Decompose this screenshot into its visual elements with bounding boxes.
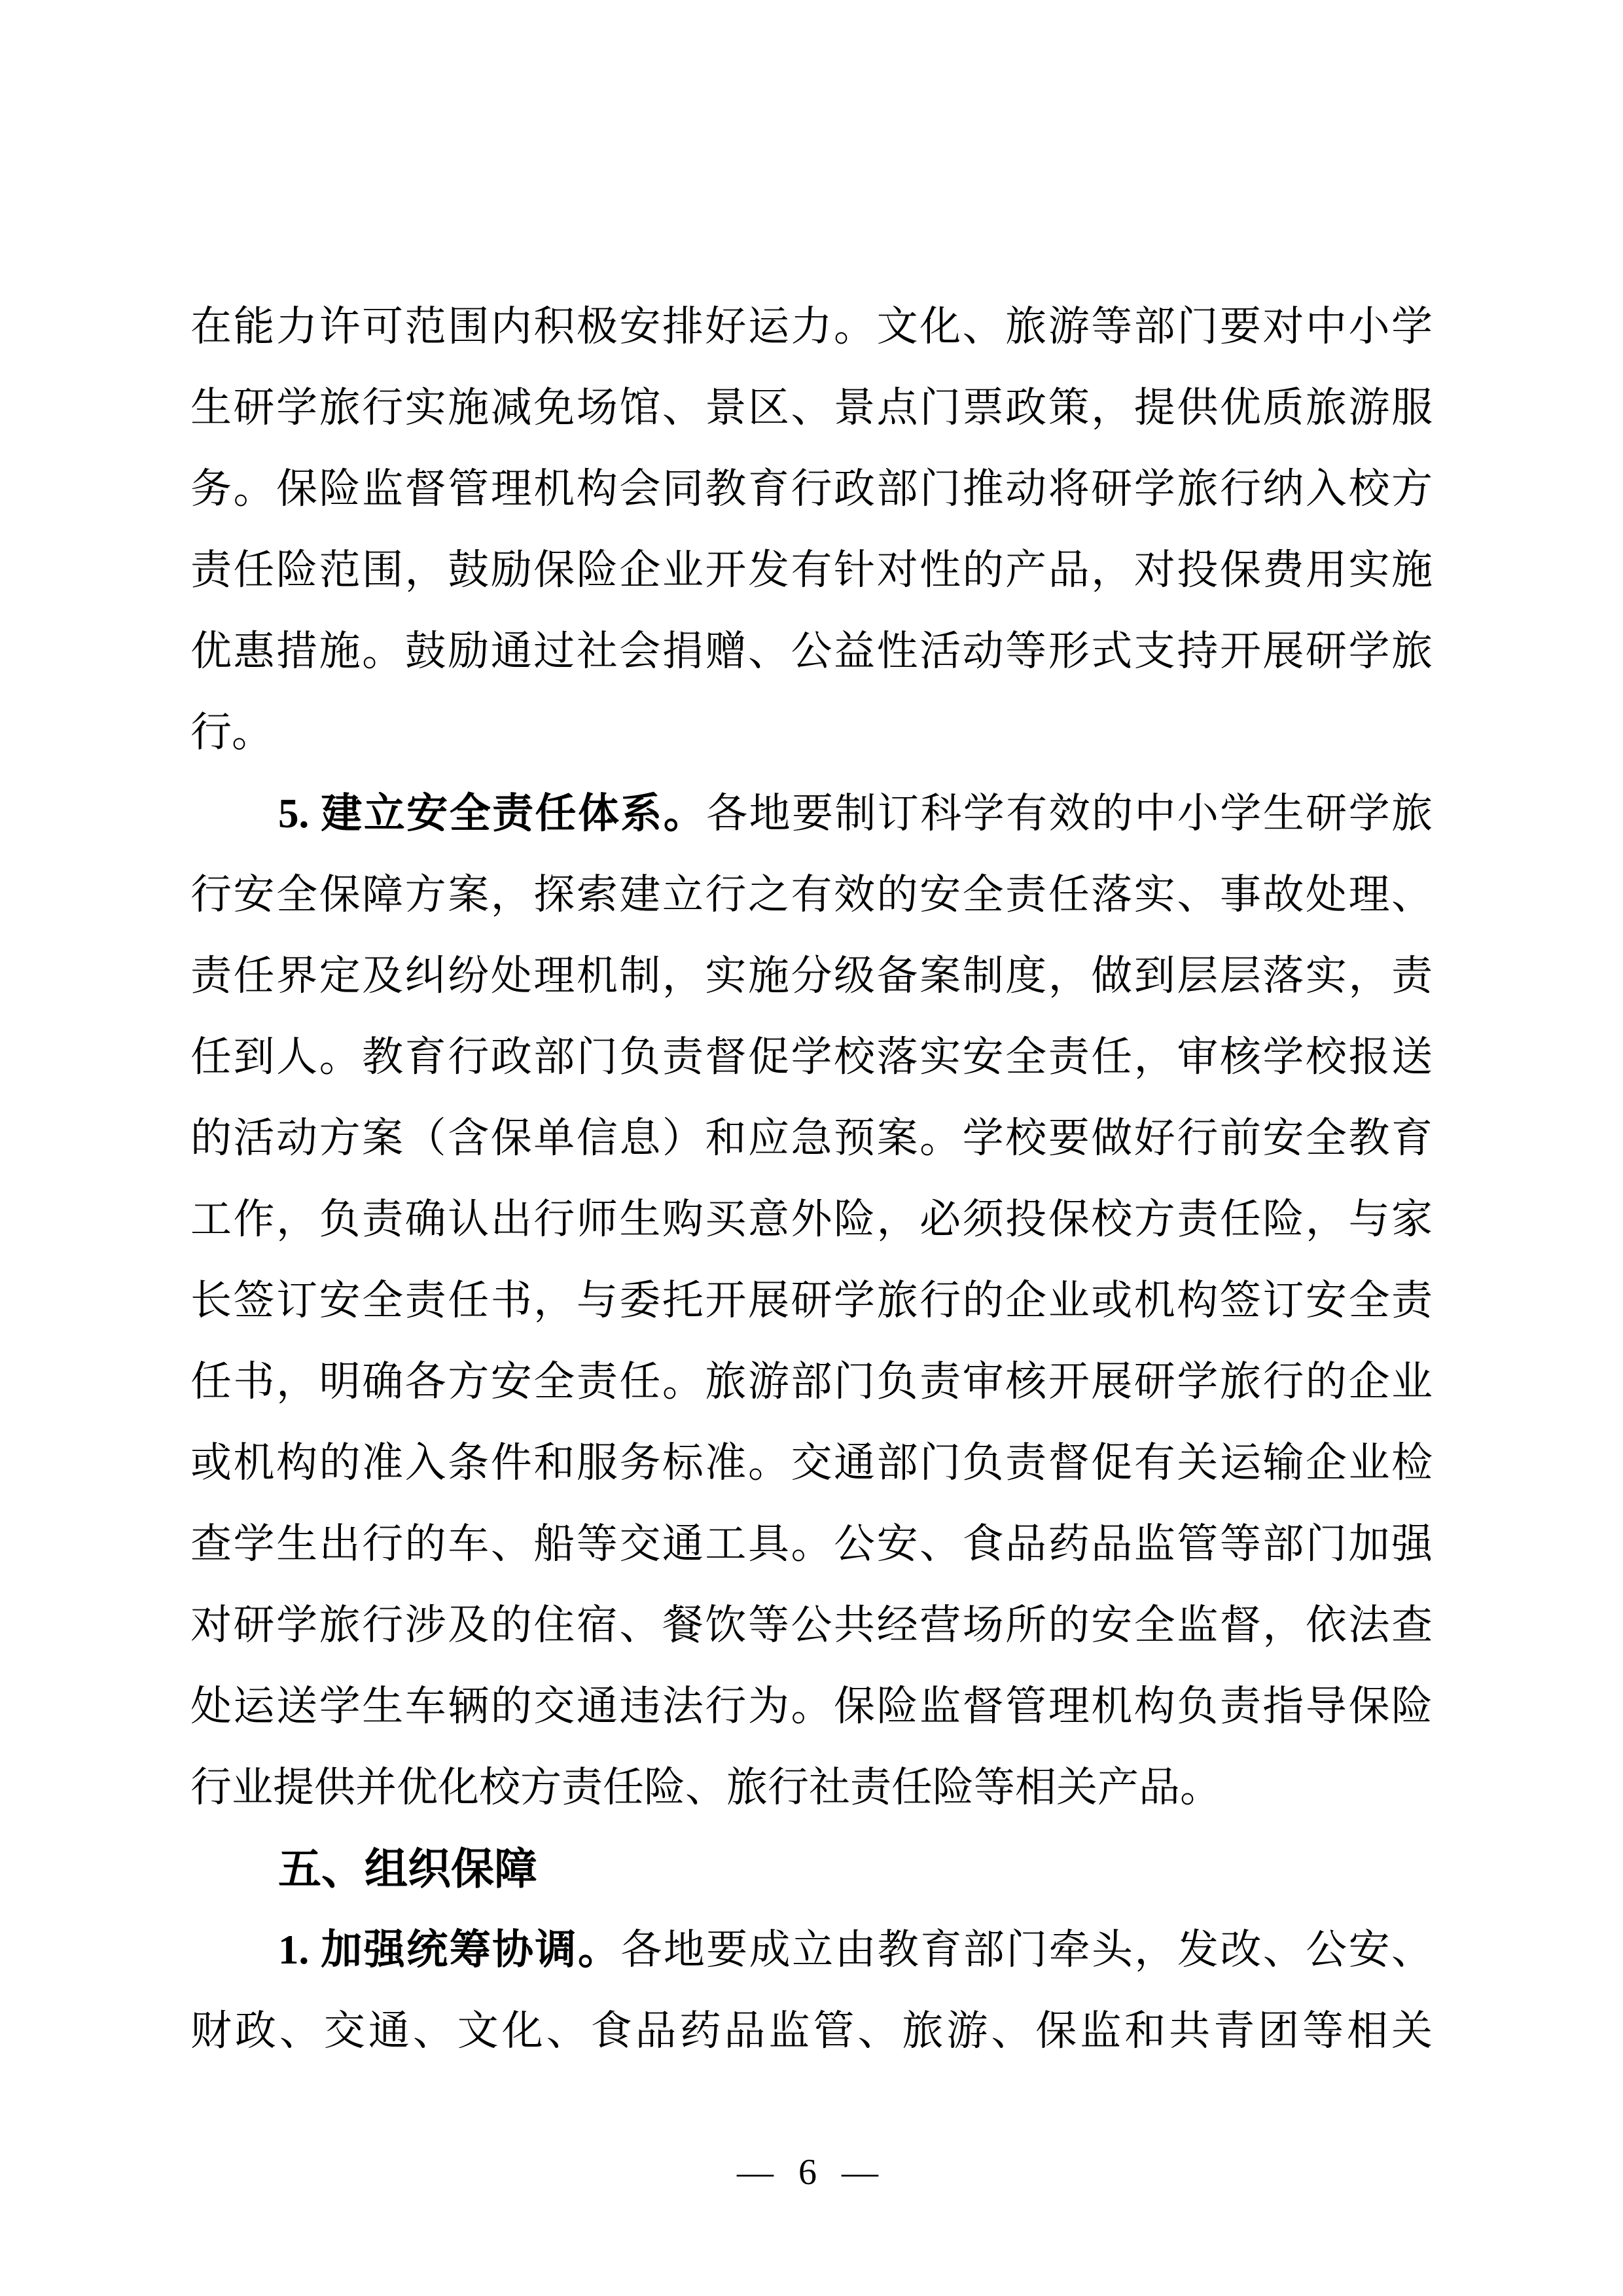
text-line: 任书，明确各方安全责任。旅游部门负责审核开展研学旅行的企业: [190, 1341, 1433, 1422]
line-text: 的活动方案（含保单信息）和应急预案。学校要做好行前安全教育: [190, 1115, 1433, 1161]
text-line: 行。: [190, 692, 1433, 773]
line-text: 行安全保障方案，探索建立行之有效的安全责任落实、事故处理、: [190, 872, 1433, 918]
text-line: 优惠措施。鼓励通过社会捐赠、公益性活动等形式支持开展研学旅: [190, 611, 1433, 692]
bold-lead: 5. 建立安全责任体系。: [278, 791, 706, 836]
text-line: 行业提供并优化校方责任险、旅行社责任险等相关产品。: [190, 1747, 1433, 1828]
line-text: 行业提供并优化校方责任险、旅行社责任险等相关产品。: [190, 1765, 1221, 1810]
text-line: 1. 加强统筹协调。各地要成立由教育部门牵头，发改、公安、: [190, 1909, 1433, 1990]
line-text: 或机构的准入条件和服务标准。交通部门负责督促有关运输企业检: [190, 1440, 1433, 1486]
bold-lead: 1. 加强统筹协调。: [278, 1927, 620, 1973]
text-line: 查学生出行的车、船等交通工具。公安、食品药品监管等部门加强: [190, 1503, 1433, 1585]
text-line: 财政、交通、文化、食品药品监管、旅游、保监和共青团等相关: [190, 1990, 1433, 2072]
line-text: 任到人。教育行政部门负责督促学校落实安全责任，审核学校报送: [190, 1034, 1433, 1080]
section-heading-text: 五、组织保障: [278, 1844, 537, 1893]
text-line: 处运送学生车辆的交通违法行为。保险监督管理机构负责指导保险: [190, 1666, 1433, 1747]
line-text: 查学生出行的车、船等交通工具。公安、食品药品监管等部门加强: [190, 1521, 1433, 1567]
line-text: 务。保险监督管理机构会同教育行政部门推动将研学旅行纳入校方: [190, 466, 1433, 512]
line-text: 责任界定及纠纷处理机制，实施分级备案制度，做到层层落实，责: [190, 953, 1433, 999]
line-text: 优惠措施。鼓励通过社会捐赠、公益性活动等形式支持开展研学旅: [190, 628, 1433, 674]
line-text: 各地要成立由教育部门牵头，发改、公安、: [620, 1927, 1433, 1973]
line-text: 任书，明确各方安全责任。旅游部门负责审核开展研学旅行的企业: [190, 1359, 1433, 1405]
text-line: 行安全保障方案，探索建立行之有效的安全责任落实、事故处理、: [190, 854, 1433, 935]
text-line: 责任界定及纠纷处理机制，实施分级备案制度，做到层层落实，责: [190, 935, 1433, 1016]
text-line: 长签订安全责任书，与委托开展研学旅行的企业或机构签订安全责: [190, 1260, 1433, 1341]
line-text: 对研学旅行涉及的住宿、餐饮等公共经营场所的安全监督，依法查: [190, 1602, 1433, 1648]
line-text: 责任险范围，鼓励保险企业开发有针对性的产品，对投保费用实施: [190, 547, 1433, 593]
text-line: 责任险范围，鼓励保险企业开发有针对性的产品，对投保费用实施: [190, 529, 1433, 611]
text-line: 工作，负责确认出行师生购买意外险，必须投保校方责任险，与家: [190, 1179, 1433, 1260]
text-line: 任到人。教育行政部门负责督促学校落实安全责任，审核学校报送: [190, 1016, 1433, 1098]
line-text: 长签订安全责任书，与委托开展研学旅行的企业或机构签订安全责: [190, 1278, 1433, 1323]
text-line: 5. 建立安全责任体系。各地要制订科学有效的中小学生研学旅: [190, 773, 1433, 854]
page-content: 在能力许可范围内积极安排好运力。文化、旅游等部门要对中小学 生研学旅行实施减免场…: [190, 286, 1433, 2072]
line-text: 处运送学生车辆的交通违法行为。保险监督管理机构负责指导保险: [190, 1683, 1433, 1729]
line-text: 各地要制订科学有效的中小学生研学旅: [706, 791, 1433, 836]
page-number: — 6 —: [0, 2151, 1623, 2193]
line-text: 行。: [190, 709, 273, 755]
line-text: 财政、交通、文化、食品药品监管、旅游、保监和共青团等相关: [190, 2008, 1433, 2054]
text-line: 对研学旅行涉及的住宿、餐饮等公共经营场所的安全监督，依法查: [190, 1585, 1433, 1666]
section-heading: 五、组织保障: [190, 1828, 1433, 1909]
document-page: 在能力许可范围内积极安排好运力。文化、旅游等部门要对中小学 生研学旅行实施减免场…: [0, 0, 1623, 2296]
text-line: 务。保险监督管理机构会同教育行政部门推动将研学旅行纳入校方: [190, 448, 1433, 529]
line-text: 工作，负责确认出行师生购买意外险，必须投保校方责任险，与家: [190, 1196, 1433, 1242]
text-line: 或机构的准入条件和服务标准。交通部门负责督促有关运输企业检: [190, 1422, 1433, 1503]
line-text: 生研学旅行实施减免场馆、景区、景点门票政策，提供优质旅游服: [190, 385, 1433, 431]
text-line: 在能力许可范围内积极安排好运力。文化、旅游等部门要对中小学: [190, 286, 1433, 367]
text-line: 的活动方案（含保单信息）和应急预案。学校要做好行前安全教育: [190, 1098, 1433, 1179]
text-line: 生研学旅行实施减免场馆、景区、景点门票政策，提供优质旅游服: [190, 367, 1433, 448]
line-text: 在能力许可范围内积极安排好运力。文化、旅游等部门要对中小学: [190, 304, 1433, 350]
